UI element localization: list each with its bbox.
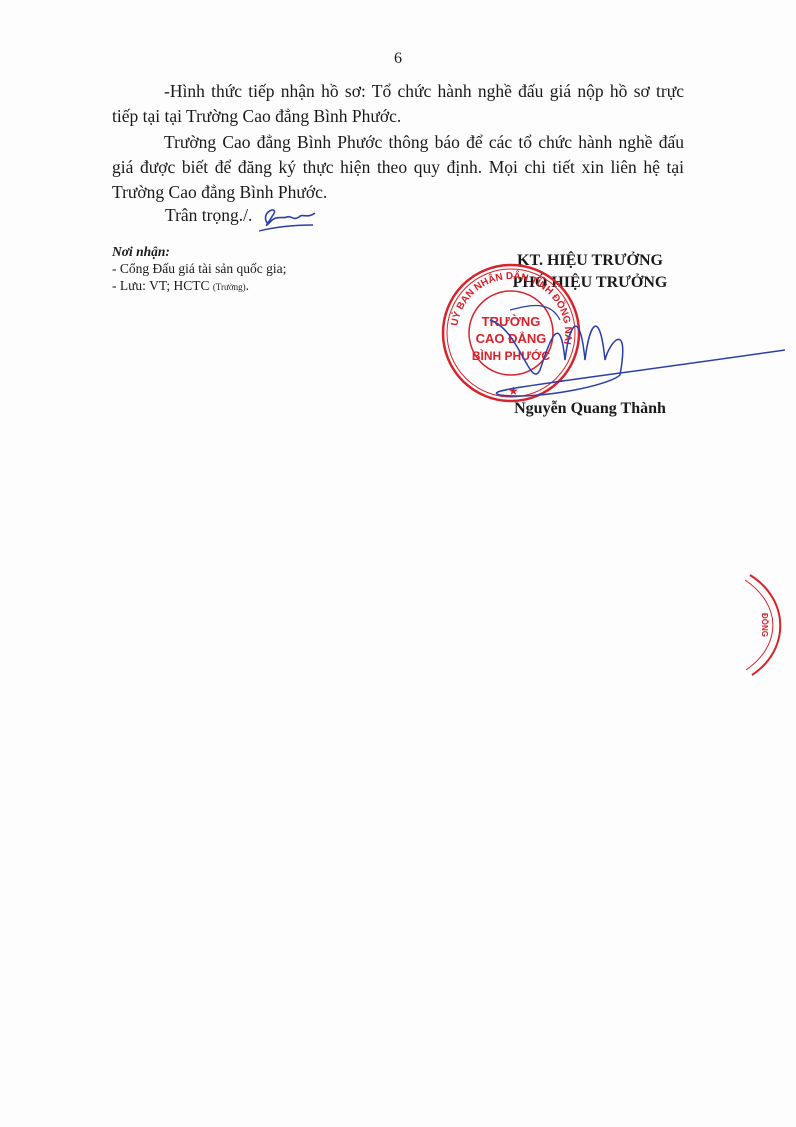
page-number: 6 <box>0 50 796 68</box>
paragraph-text: -Hình thức tiếp nhận hồ sơ: Tổ chức hành… <box>112 81 684 126</box>
recipients-title: Nơi nhận: <box>112 243 286 260</box>
initial-signature <box>255 203 325 233</box>
recipients: Nơi nhận: - Cổng Đấu giá tài sản quốc gi… <box>112 243 286 296</box>
handwritten-signature <box>480 300 790 410</box>
signer-name: Nguyễn Quang Thành <box>480 400 700 418</box>
recipient-end: . <box>246 278 249 293</box>
recipient-item: - Lưu: VT; HCTC (Trường). <box>112 277 286 296</box>
paragraph-receiving-method: -Hình thức tiếp nhận hồ sơ: Tổ chức hành… <box>112 79 684 129</box>
paragraph-notice: Trường Cao đẳng Bình Phước thông báo để … <box>112 130 684 205</box>
partial-stamp-edge: ĐỒNG <box>740 570 796 680</box>
recipient-suffix: (Trường) <box>213 282 246 292</box>
paragraph-text: Trường Cao đẳng Bình Phước thông báo để … <box>112 132 684 202</box>
recipient-item: - Cổng Đấu giá tài sản quốc gia; <box>112 260 286 277</box>
recipient-text: - Lưu: VT; HCTC <box>112 278 209 293</box>
svg-text:ĐỒNG: ĐỒNG <box>760 613 770 637</box>
closing-salutation: Trân trọng./. <box>165 205 252 226</box>
